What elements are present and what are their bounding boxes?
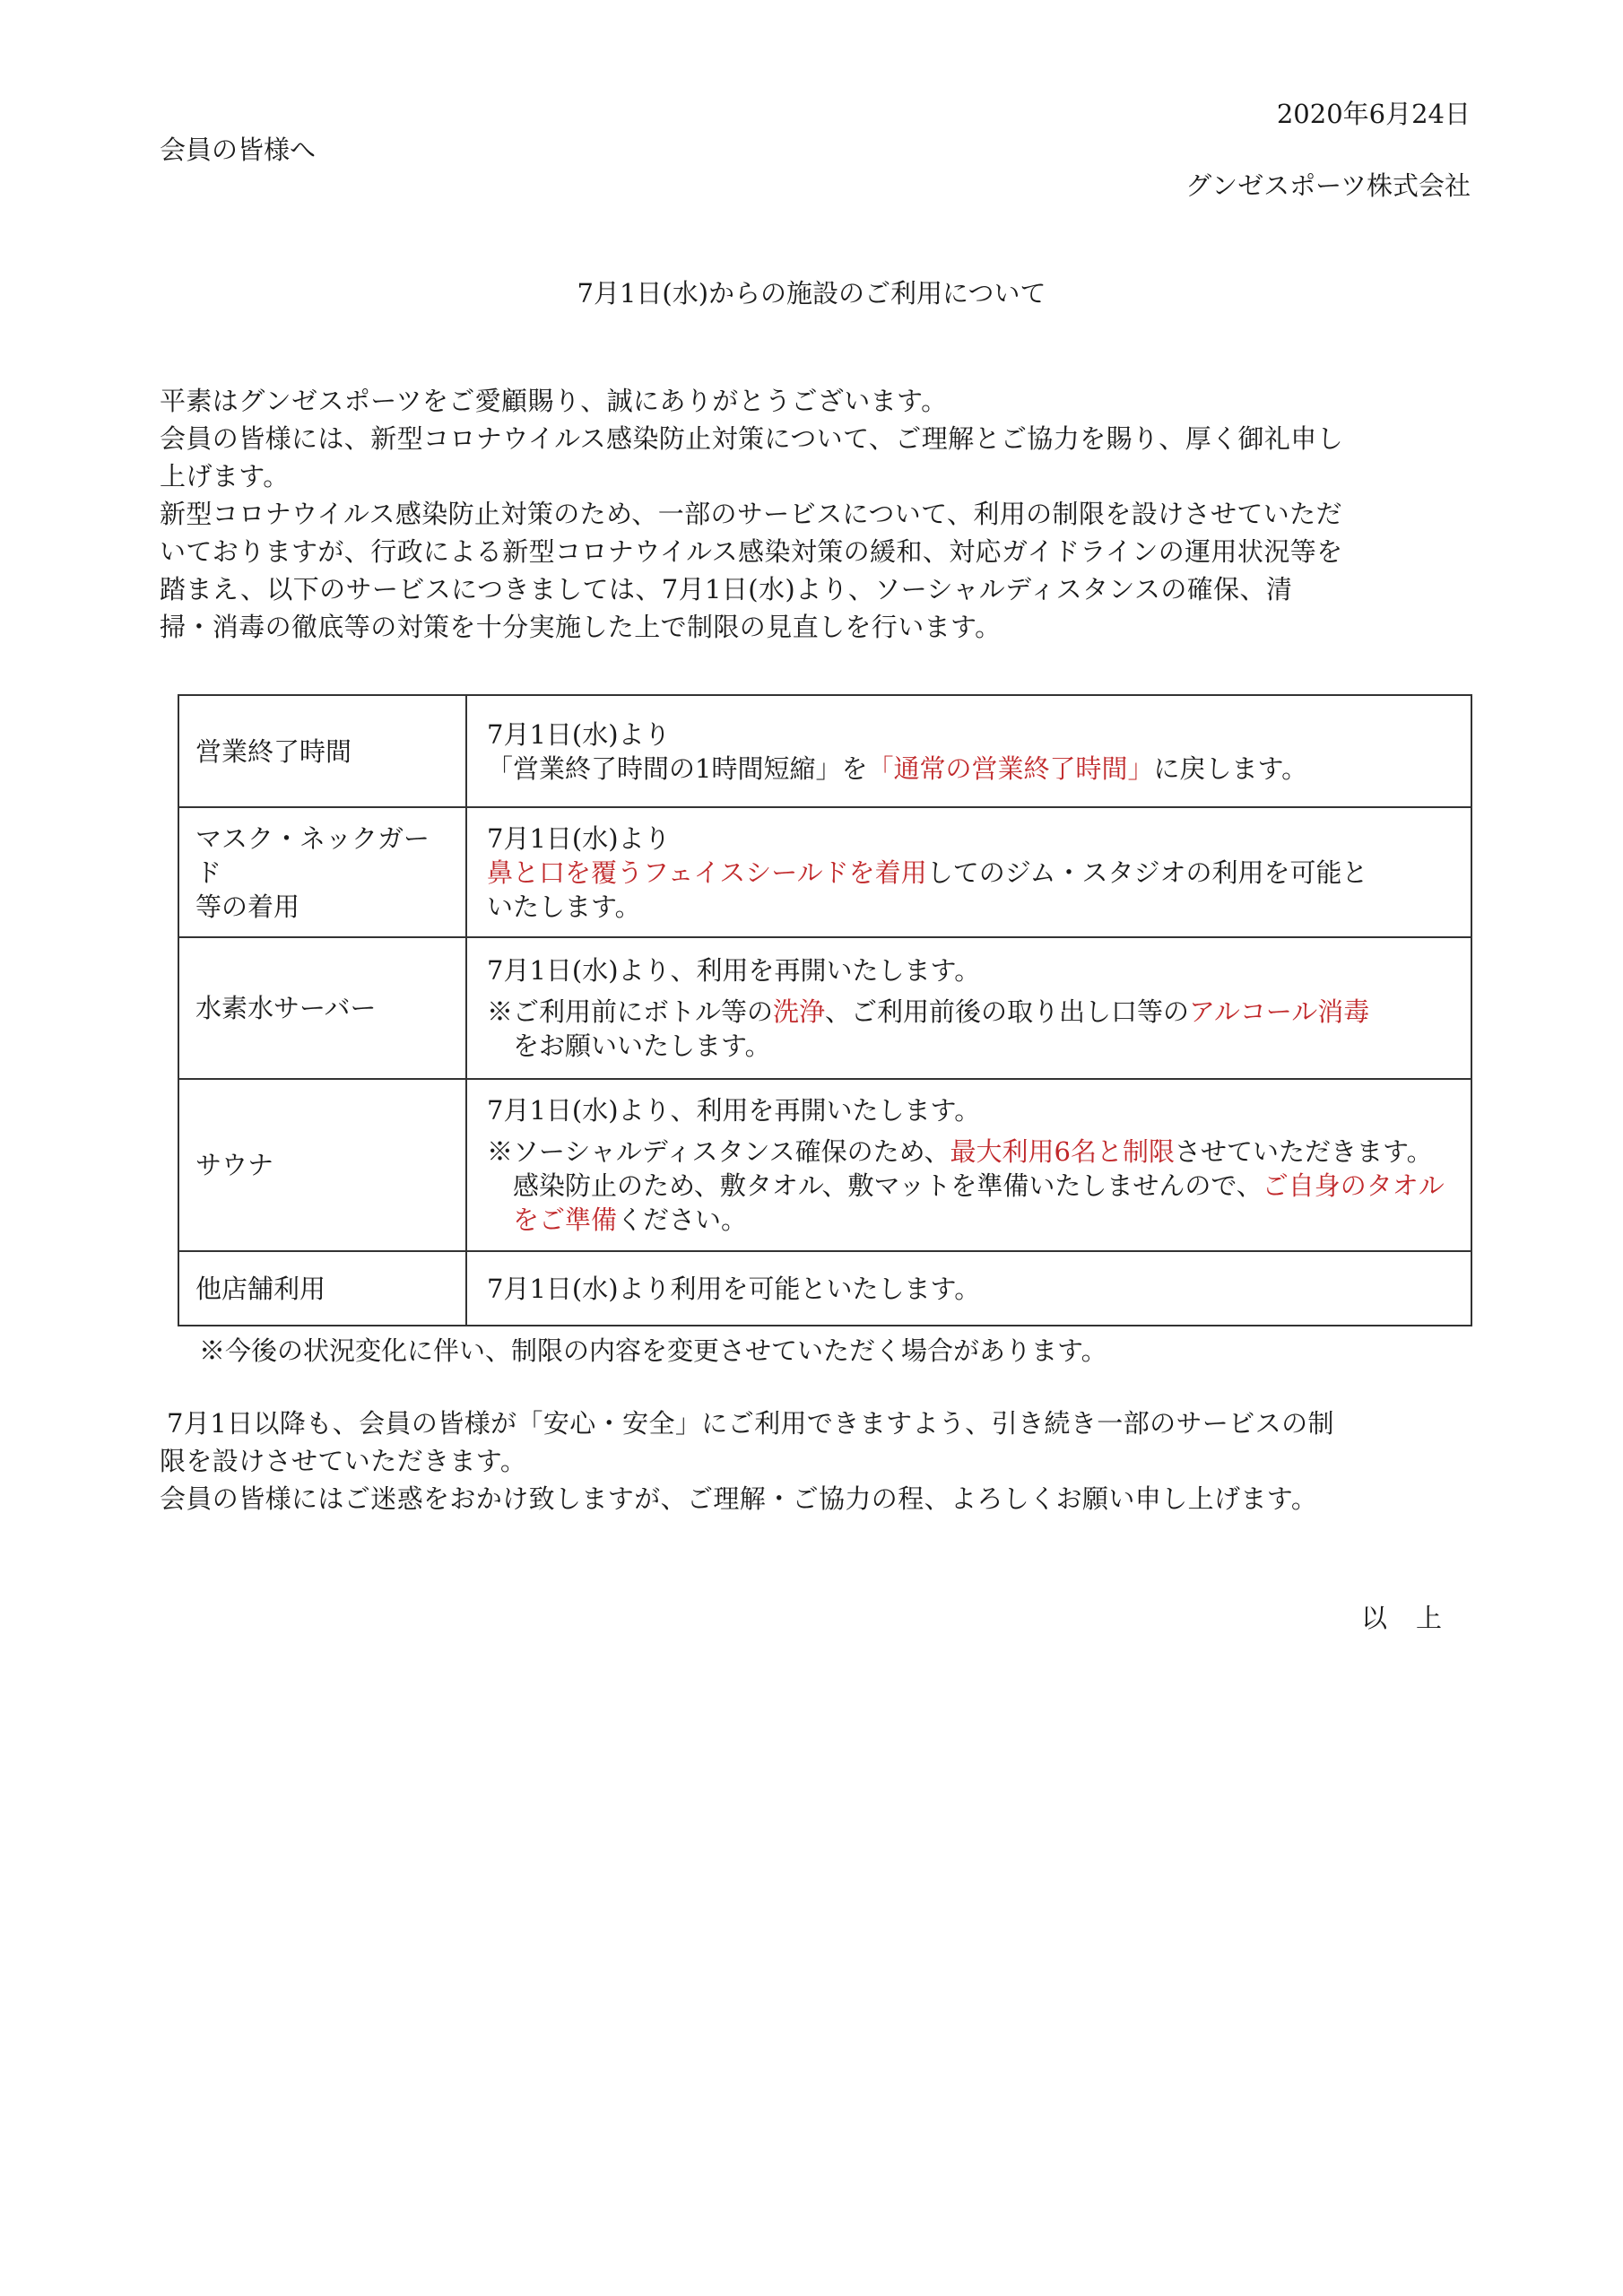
company-name: グンゼスポーツ株式会社 xyxy=(1185,166,1471,203)
row-line: 7月1日(水)より xyxy=(487,822,1454,856)
intro-paragraph: 平素はグンゼスポーツをご愛顧賜り、誠にありがとうございます。 会員の皆様には、新… xyxy=(160,384,1478,644)
text-segment: 「営業終了時間の1時間短縮」を xyxy=(487,753,867,784)
highlight-text: 洗浄 xyxy=(773,996,825,1027)
closing-line: 7月1日以降も、会員の皆様が「安心・安全」にご利用できますよう、引き続き一部のサ… xyxy=(160,1406,1478,1440)
row-content: 7月1日(水)より 鼻と口を覆うフェイスシールドを着用してのジム・スタジオの利用… xyxy=(466,807,1471,937)
text-segment: してのジム・スタジオの利用を可能と xyxy=(927,857,1368,888)
table-row: マスク・ネックガード 等の着用 7月1日(水)より 鼻と口を覆うフェイスシールド… xyxy=(178,807,1471,937)
highlight-text: 最大利用6名と制限 xyxy=(950,1136,1175,1167)
closing-line: 限を設けさせていただきます。 xyxy=(160,1444,1478,1478)
text-segment: をお願いいたします。 xyxy=(513,1031,771,1061)
row-label: サウナ xyxy=(178,1079,466,1251)
row-content: 7月1日(水)より、利用を再開いたします。 ※ソーシャルディスタンス確保のため、… xyxy=(466,1079,1471,1251)
row-line: 7月1日(水)より、利用を再開いたします。 xyxy=(487,1093,1454,1127)
intro-line: 会員の皆様には、新型コロナウイルス感染防止対策について、ご理解とご協力を賜り、厚… xyxy=(160,422,1478,456)
row-label-line: マスク・ネックガード xyxy=(195,822,449,890)
row-label: 水素水サーバー xyxy=(178,937,466,1079)
document-date: 2020年6月24日 xyxy=(1277,94,1471,131)
highlight-text: 鼻と口を覆うフェイスシールドを着用 xyxy=(487,857,927,888)
intro-line: 新型コロナウイルス感染防止対策のため、一部のサービスについて、利用の制限を設けさ… xyxy=(160,497,1478,531)
row-line: 7月1日(水)より、利用を再開いたします。 xyxy=(487,953,1454,987)
text-segment: に戻します。 xyxy=(1153,753,1307,784)
intro-line: 踏まえ、以下のサービスにつきましては、7月1日(水)より、ソーシャルディスタンス… xyxy=(160,572,1478,606)
row-line: いたします。 xyxy=(487,890,1454,924)
row-label: マスク・ネックガード 等の着用 xyxy=(178,807,466,937)
highlight-text: 「通常の営業終了時間」 xyxy=(867,753,1153,784)
table-row: 水素水サーバー 7月1日(水)より、利用を再開いたします。 ※ご利用前にボトル等… xyxy=(178,937,1471,1079)
highlight-text: アルコール消毒 xyxy=(1189,996,1369,1027)
row-line: 7月1日(水)より xyxy=(487,717,1454,752)
intro-line: 平素はグンゼスポーツをご愛顧賜り、誠にありがとうございます。 xyxy=(160,384,1478,418)
text-segment: 、ご利用前後の取り出し口等の xyxy=(825,996,1189,1027)
document-title: 7月1日(水)からの施設のご利用について xyxy=(0,274,1623,310)
intro-line: 上げます。 xyxy=(160,459,1478,493)
text-segment: ※ご利用前にボトル等の xyxy=(487,996,773,1027)
row-content: 7月1日(水)より 「営業終了時間の1時間短縮」を「通常の営業終了時間」に戻しま… xyxy=(466,695,1471,807)
end-mark: 以上 xyxy=(1361,1598,1471,1635)
row-content: 7月1日(水)より、利用を再開いたします。 ※ご利用前にボトル等の洗浄、ご利用前… xyxy=(466,937,1471,1079)
row-content: 7月1日(水)より利用を可能といたします。 xyxy=(466,1251,1471,1326)
services-table: 営業終了時間 7月1日(水)より 「営業終了時間の1時間短縮」を「通常の営業終了… xyxy=(178,694,1472,1326)
text-segment: ※ソーシャルディスタンス確保のため、 xyxy=(487,1136,950,1167)
row-line: 7月1日(水)より利用を可能といたします。 xyxy=(487,1272,1454,1306)
table-row: 他店舗利用 7月1日(水)より利用を可能といたします。 xyxy=(178,1251,1471,1326)
row-note: ※ご利用前にボトル等の洗浄、ご利用前後の取り出し口等のアルコール消毒をお願いいた… xyxy=(487,995,1454,1063)
intro-line: いておりますが、行政による新型コロナウイルス感染対策の緩和、対応ガイドラインの運… xyxy=(160,535,1478,569)
intro-line: 掃・消毒の徹底等の対策を十分実施した上で制限の見直しを行います。 xyxy=(160,610,1478,644)
table-row: 営業終了時間 7月1日(水)より 「営業終了時間の1時間短縮」を「通常の営業終了… xyxy=(178,695,1471,807)
closing-line: 会員の皆様にはご迷惑をおかけ致しますが、ご理解・ご協力の程、よろしくお願い申し上… xyxy=(160,1482,1478,1516)
footnote: ※今後の状況変化に伴い、制限の内容を変更させていただく場合があります。 xyxy=(199,1331,1107,1368)
row-label: 他店舗利用 xyxy=(178,1251,466,1326)
table-row: サウナ 7月1日(水)より、利用を再開いたします。 ※ソーシャルディスタンス確保… xyxy=(178,1079,1471,1251)
row-note: ※ソーシャルディスタンス確保のため、最大利用6名と制限させていただきます。感染防… xyxy=(487,1135,1445,1237)
closing-paragraph: 7月1日以降も、会員の皆様が「安心・安全」にご利用できますよう、引き続き一部のサ… xyxy=(160,1406,1478,1516)
text-segment: ください。 xyxy=(617,1205,747,1235)
row-line: 「営業終了時間の1時間短縮」を「通常の営業終了時間」に戻します。 xyxy=(487,752,1454,786)
salutation: 会員の皆様へ xyxy=(160,130,316,167)
row-line: 鼻と口を覆うフェイスシールドを着用してのジム・スタジオの利用を可能と xyxy=(487,856,1454,890)
row-label-line: 等の着用 xyxy=(195,890,449,924)
row-label: 営業終了時間 xyxy=(178,695,466,807)
